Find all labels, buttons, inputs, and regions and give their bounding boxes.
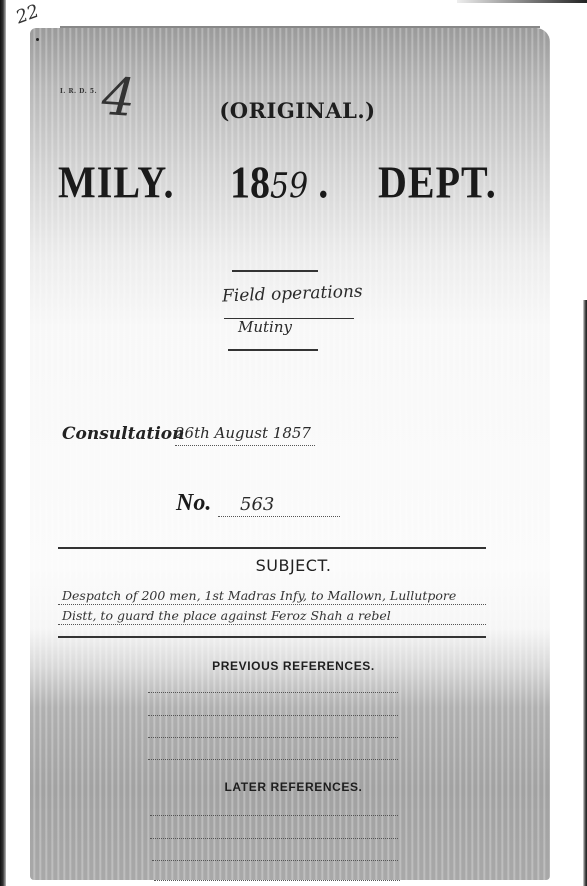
previous-references-title: PREVIOUS REFERENCES. bbox=[0, 659, 587, 673]
previous-reference-line bbox=[148, 715, 398, 716]
year-printed: 18 bbox=[230, 156, 270, 208]
subject-line-1: Despatch of 200 men, 1st Madras Infy, to… bbox=[62, 588, 456, 603]
later-reference-line bbox=[152, 860, 398, 861]
consultation-date: 26th August 1857 bbox=[175, 424, 311, 442]
year-handwritten: 59 bbox=[270, 167, 308, 207]
previous-reference-line bbox=[148, 692, 398, 693]
subject-dotted-line-1 bbox=[58, 604, 486, 605]
number-label: No. bbox=[176, 490, 211, 517]
classification-bottom-rule bbox=[228, 349, 318, 351]
year-dot: . bbox=[318, 156, 328, 208]
subject-bottom-rule bbox=[58, 636, 486, 638]
classification-top-rule bbox=[232, 270, 318, 272]
consultation-label: Consultation bbox=[62, 424, 185, 444]
original-label: (ORIGINAL.) bbox=[0, 98, 587, 123]
number-value: 563 bbox=[240, 494, 274, 515]
subject-top-rule bbox=[58, 547, 486, 549]
scan-left-edge bbox=[0, 0, 6, 886]
scan-top-edge bbox=[457, 0, 587, 3]
department-right: DEPT. bbox=[378, 155, 497, 209]
previous-reference-line bbox=[148, 759, 398, 760]
previous-reference-line bbox=[148, 737, 398, 738]
number-line bbox=[218, 516, 340, 517]
margin-dot bbox=[36, 38, 39, 41]
margin-page-number: 22 bbox=[13, 1, 42, 29]
consultation-date-line bbox=[175, 445, 315, 446]
later-reference-line bbox=[154, 880, 400, 881]
subject-line-2: Distt, to guard the place against Feroz … bbox=[62, 608, 391, 623]
later-references-title: LATER REFERENCES. bbox=[0, 780, 587, 794]
department-header: MILY. 1859 . DEPT. bbox=[58, 155, 498, 205]
sheet-top-border bbox=[60, 26, 540, 28]
department-left: MILY. bbox=[58, 155, 175, 209]
form-code: I. R. D. 5. bbox=[60, 88, 97, 95]
later-reference-line bbox=[150, 838, 398, 839]
later-reference-line bbox=[150, 815, 398, 816]
year: 1859 . bbox=[230, 155, 328, 209]
classification-line-2: Mutiny bbox=[238, 318, 292, 336]
subject-dotted-line-2 bbox=[58, 624, 486, 625]
scan-right-edge bbox=[583, 300, 587, 886]
subject-title: SUBJECT. bbox=[0, 556, 587, 575]
